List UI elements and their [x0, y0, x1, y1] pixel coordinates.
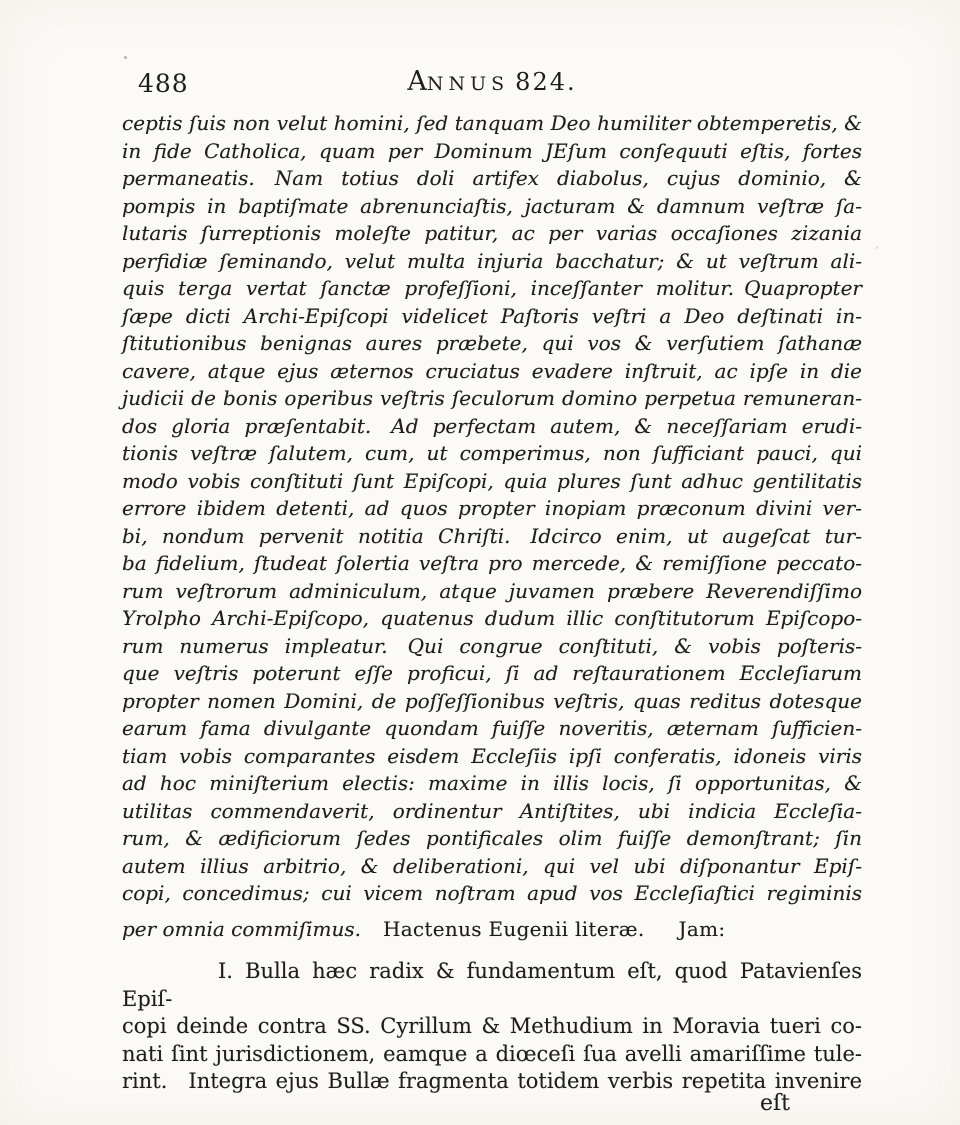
text-line: ſtitutionibus benignas aures præbete, qu…	[122, 330, 862, 358]
text-line: rum numerus impleatur. Qui congrue conſt…	[122, 633, 862, 661]
text-line: cavere, atque ejus æternos cruciatus eva…	[122, 358, 862, 386]
text-line: pompis in baptiſmate abrenunciaſtis, jac…	[122, 193, 862, 221]
text-line: rint. Integra ejus Bullæ fragmenta totid…	[122, 1068, 862, 1096]
text-line: I. Bulla hæc radix & fundamentum eſt, qu…	[122, 958, 862, 1013]
text-line: quis terga vertat ſanctæ profeſſioni, in…	[122, 275, 862, 303]
text-line: rum veſtrorum adminiculum, atque juvamen…	[122, 578, 862, 606]
paper-speck	[124, 56, 127, 59]
text-line: propter nomen Domini, de poſſeſſionibus …	[122, 688, 862, 716]
text-line: rum, & ædificiorum ſedes pontificales ol…	[122, 825, 862, 853]
text-line: ceptis ſuis non velut homini, ſed tanqua…	[122, 110, 862, 138]
paper-speck	[876, 246, 878, 249]
text-line: utilitas commendaverit, ordinentur Antiſ…	[122, 798, 862, 826]
text-line: que veſtris poterunt eſſe proficui, ſi a…	[122, 660, 862, 688]
closing-line: per omnia commiſimus.Hactenus Eugenii li…	[122, 916, 862, 944]
text-line: tiam vobis comparantes eisdem Eccleſiis …	[122, 743, 862, 771]
closing-line-jam: Jam:	[679, 917, 726, 941]
text-line: lutaris ſurreptionis moleſte patitur, ac…	[122, 220, 862, 248]
text-line: copi, concedimus; cui vicem noſtram apud…	[122, 880, 862, 908]
text-line: copi deinde contra SS. Cyrillum & Methud…	[122, 1013, 862, 1041]
text-line: ba fidelium, ſtudeat ſolertia veſtra pro…	[122, 550, 862, 578]
text-line: ſæpe dicti Archi-Epiſcopi videlicet Paſt…	[122, 303, 862, 331]
latin-letter-paragraph: ceptis ſuis non velut homini, ſed tanqua…	[122, 110, 862, 908]
text-line: permaneatis. Nam totius doli artifex dia…	[122, 165, 862, 193]
catchword: eſt	[760, 1091, 790, 1116]
text-line: Yrolpho Archi-Epiſcopo, quatenus dudum i…	[122, 605, 862, 633]
text-line: earum fama divulgante quondam fuiſſe nov…	[122, 715, 862, 743]
text-line: errore ibidem detenti, ad quos propter i…	[122, 495, 862, 523]
text-line: tionis veſtræ ſalutem, cum, ut comperimu…	[122, 440, 862, 468]
page-header: 488 ANNUS824.	[122, 66, 862, 102]
text-line: dos gloria præſentabit. Ad perfectam aut…	[122, 413, 862, 441]
paper-speck	[371, 173, 373, 175]
text-line: ad hoc miniſterium electis: maxime in il…	[122, 770, 862, 798]
text-line: in fide Catholica, quam per Dominum JEſu…	[122, 138, 862, 166]
running-title-year: 824.	[515, 68, 576, 96]
text-line: nati ſint jurisdictionem, eamque a diœce…	[122, 1041, 862, 1069]
running-title: ANNUS824.	[122, 66, 862, 97]
text-line: perfidiæ ſeminando, velut multa injuria …	[122, 248, 862, 276]
book-page: 488 ANNUS824. ceptis ſuis non velut homi…	[0, 0, 960, 1125]
closing-line-roman: Hactenus Eugenii literæ.	[383, 917, 645, 941]
text-line: judicii de bonis operibus veſtris ſeculo…	[122, 385, 862, 413]
running-title-smallcaps: NNUS	[427, 73, 509, 95]
text-line: autem illius arbitrio, & deliberationi, …	[122, 853, 862, 881]
text-line: bi, nondum pervenit notitia Chriſti. Idc…	[122, 523, 862, 551]
commentary-paragraph: I. Bulla hæc radix & fundamentum eſt, qu…	[122, 958, 862, 1096]
closing-line-italic: per omnia commiſimus.	[122, 917, 361, 941]
text-line: modo vobis conſtituti ſunt Epiſcopi, qui…	[122, 468, 862, 496]
running-title-initial: A	[407, 66, 427, 97]
